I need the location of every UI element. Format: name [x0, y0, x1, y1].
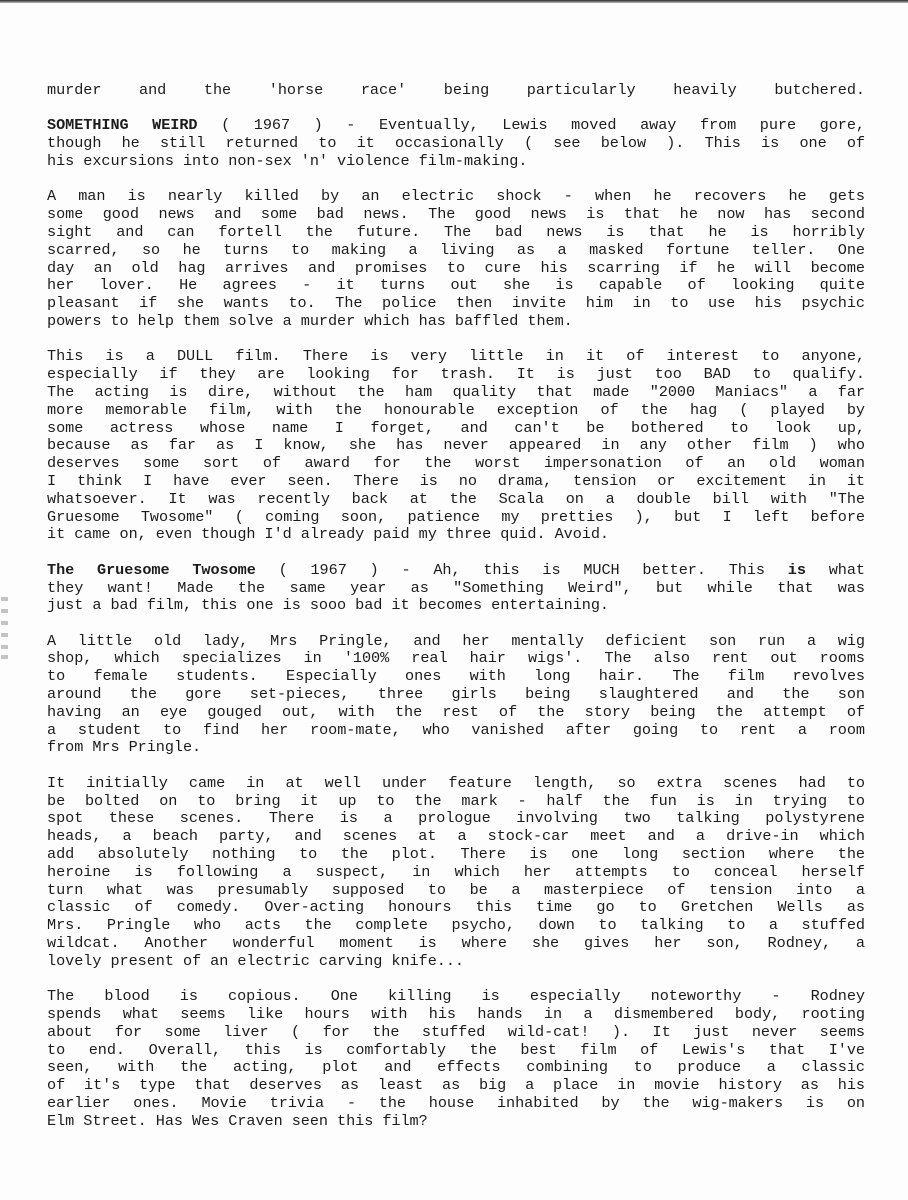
paragraph-something-weird-review: This is a DULL film. There is very littl…	[47, 348, 865, 544]
text-line: sight and can fortell the future. The ba…	[47, 224, 865, 242]
text-line: they want! Made the same year as "Someth…	[47, 580, 865, 598]
text-line: though he still returned to it occasiona…	[47, 135, 865, 153]
text-line: from Mrs Pringle.	[47, 739, 865, 757]
text-line: more memorable film, with the honourable…	[47, 402, 865, 420]
paragraph-continuation: murder and the 'horse race' being partic…	[47, 82, 865, 100]
text-line: Elm Street. Has Wes Craven seen this fil…	[47, 1113, 865, 1131]
text-line: shop, which specializes in '100% real ha…	[47, 650, 865, 668]
text-line: some actress whose name I forget, and ca…	[47, 420, 865, 438]
text-line: about for some liver ( for the stuffed w…	[47, 1024, 865, 1042]
text-line: Gruesome Twosome" ( coming soon, patienc…	[47, 509, 865, 527]
text-line: wildcat. Another wonderful moment is whe…	[47, 935, 865, 953]
text-line: lovely present of an electric carving kn…	[47, 953, 865, 971]
film-title: The Gruesome Twosome	[47, 561, 256, 579]
text-line: earlier ones. Movie trivia - the house i…	[47, 1095, 865, 1113]
text-line: be bolted on to bring it up to the mark …	[47, 793, 865, 811]
text-line: heads, a beach party, and scenes at a st…	[47, 828, 865, 846]
text-line: murder and the 'horse race' being partic…	[47, 82, 865, 100]
film-title: SOMETHING WEIRD	[47, 116, 198, 134]
text-line: just a bad film, this one is sooo bad it…	[47, 597, 865, 615]
text-line: pleasant if she wants to. The police the…	[47, 295, 865, 313]
text-line: to female students. Especially ones with…	[47, 668, 865, 686]
paragraph-gruesome-twosome-production: It initially came in at well under featu…	[47, 775, 865, 971]
document-page: murder and the 'horse race' being partic…	[47, 82, 865, 1148]
scan-top-edge	[0, 0, 908, 3]
text-line: scarred, so he turns to making a living …	[47, 242, 865, 260]
text-line: to end. Overall, this is comfortably the…	[47, 1042, 865, 1060]
paragraph-gruesome-twosome-intro: The Gruesome Twosome ( 1967 ) - Ah, this…	[47, 562, 865, 615]
text-line: whatsoever. It was recently back at the …	[47, 491, 865, 509]
text-line: a student to find her room-mate, who van…	[47, 722, 865, 740]
text-line: Mrs. Pringle who acts the complete psych…	[47, 917, 865, 935]
text-line: her lover. He agrees - it turns out she …	[47, 277, 865, 295]
text-line: spot these scenes. There is a prologue i…	[47, 810, 865, 828]
text-line: The Gruesome Twosome ( 1967 ) - Ah, this…	[47, 562, 865, 580]
text-line: having an eye gouged out, with the rest …	[47, 704, 865, 722]
text-line: day an old hag arrives and promises to c…	[47, 260, 865, 278]
text-line: It initially came in at well under featu…	[47, 775, 865, 793]
text-line: deserves some sort of award for the wors…	[47, 455, 865, 473]
text-line: classic of comedy. Over-acting honours t…	[47, 899, 865, 917]
text-line: heroine is following a suspect, in which…	[47, 864, 865, 882]
line-text: ( 1967 ) - Eventually, Lewis moved away …	[198, 116, 866, 134]
text-line: SOMETHING WEIRD ( 1967 ) - Eventually, L…	[47, 117, 865, 135]
text-line: spends what seems like hours with his ha…	[47, 1006, 865, 1024]
text-line: because as far as I know, she has never …	[47, 437, 865, 455]
text-line: A man is nearly killed by an electric sh…	[47, 188, 865, 206]
paragraph-gruesome-twosome-verdict: The blood is copious. One killing is esp…	[47, 988, 865, 1130]
text-line: especially if they are looking for trash…	[47, 366, 865, 384]
paragraph-gruesome-twosome-plot: A little old lady, Mrs Pringle, and her …	[47, 633, 865, 758]
text-line: This is a DULL film. There is very littl…	[47, 348, 865, 366]
text-line: around the gore set-pieces, three girls …	[47, 686, 865, 704]
line-text: ( 1967 ) - Ah, this is MUCH better. This…	[256, 561, 865, 579]
paragraph-something-weird-plot: A man is nearly killed by an electric sh…	[47, 188, 865, 330]
paragraph-something-weird-intro: SOMETHING WEIRD ( 1967 ) - Eventually, L…	[47, 117, 865, 170]
text-line: powers to help them solve a murder which…	[47, 313, 865, 331]
text-line: I think I have ever seen. There is no dr…	[47, 473, 865, 491]
text-line: The blood is copious. One killing is esp…	[47, 988, 865, 1006]
text-line: A little old lady, Mrs Pringle, and her …	[47, 633, 865, 651]
binder-marks	[0, 595, 10, 665]
text-line: turn what was presumably supposed to be …	[47, 882, 865, 900]
text-line: seen, with the acting, plot and effects …	[47, 1059, 865, 1077]
text-line: his excursions into non-sex 'n' violence…	[47, 153, 865, 171]
text-line: The acting is dire, without the ham qual…	[47, 384, 865, 402]
text-line: of it's type that deserves as least as b…	[47, 1077, 865, 1095]
text-line: some good news and some bad news. The go…	[47, 206, 865, 224]
text-line: add absolutely nothing to the plot. Ther…	[47, 846, 865, 864]
text-line: it came on, even though I'd already paid…	[47, 526, 865, 544]
